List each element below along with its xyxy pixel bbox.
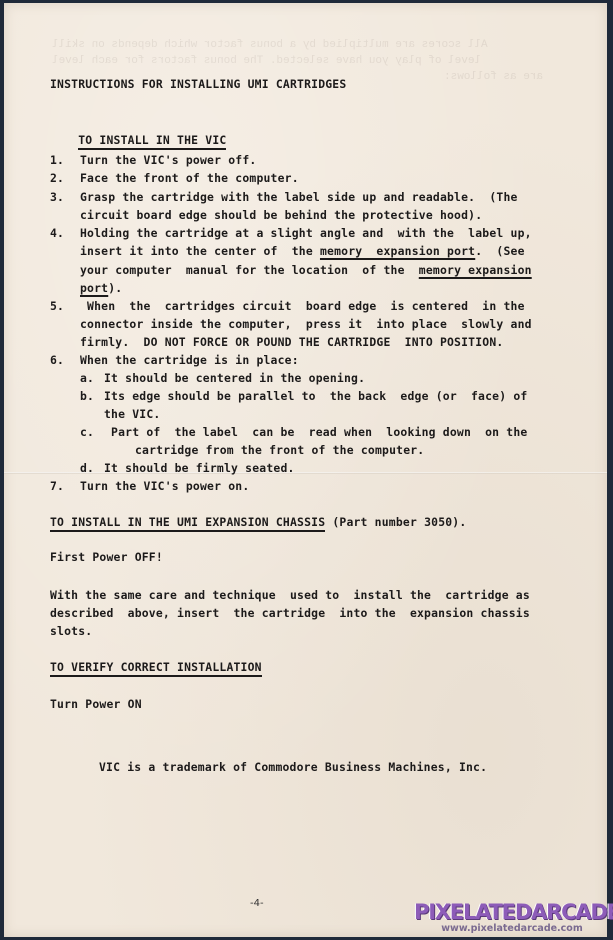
step-4: 4.Holding the cartridge at a slight angl…	[50, 224, 532, 242]
step-number: 6.	[50, 351, 80, 369]
substep-text: It should be centered in the opening.	[104, 371, 365, 385]
step-number: 7.	[50, 477, 80, 495]
text-fragment: . (See	[475, 244, 524, 258]
part-number-text: (Part number 3050).	[325, 515, 466, 529]
document-page: All scores are multiplied by a bonus fac…	[4, 3, 607, 937]
step-number: 1.	[50, 151, 80, 169]
step-text: Turn the VIC's power on.	[80, 479, 249, 493]
memory-expansion-port-term: memory expansion port	[320, 244, 475, 258]
step-text-continued: connector inside the computer, press it …	[80, 315, 532, 333]
step-number: 5.	[50, 297, 80, 315]
step-7: 7.Turn the VIC's power on.	[50, 477, 249, 495]
step-text: Face the front of the computer.	[80, 171, 299, 185]
trademark-notice: VIC is a trademark of Commodore Business…	[99, 758, 487, 776]
substep-text: Its edge should be parallel to the back …	[104, 389, 527, 403]
substep-b: b.Its edge should be parallel to the bac…	[80, 387, 527, 405]
bleed-through-line: are as follows:	[444, 71, 543, 83]
step-2: 2.Face the front of the computer.	[50, 169, 299, 187]
paragraph-line: With the same care and technique used to…	[50, 586, 530, 604]
text-fragment: your computer manual for the location of…	[80, 263, 419, 277]
step-5: 5. When the cartridges circuit board edg…	[50, 297, 525, 315]
step-number: 3.	[50, 188, 80, 206]
paragraph-line: slots.	[50, 622, 92, 640]
substep-text: Part of the label can be read when looki…	[104, 425, 527, 439]
page-number: -4-	[250, 898, 264, 909]
document-title: INSTRUCTIONS FOR INSTALLING UMI CARTRIDG…	[50, 75, 346, 93]
substep-a: a.It should be centered in the opening.	[80, 369, 365, 387]
substep-text: It should be firmly seated.	[104, 461, 295, 475]
step-number: 4.	[50, 224, 80, 242]
section-heading-text: TO INSTALL IN THE VIC	[78, 133, 226, 150]
section-heading-verify: TO VERIFY CORRECT INSTALLATION	[50, 658, 262, 676]
substep-text-continued: the VIC.	[104, 405, 160, 423]
paragraph-line: described above, insert the cartridge in…	[50, 604, 530, 622]
step-3: 3.Grasp the cartridge with the label sid…	[50, 188, 518, 206]
step-text-continued: insert it into the center of the memory …	[80, 242, 525, 260]
text-fragment: ).	[108, 281, 122, 295]
step-warning-text: firmly. DO NOT FORCE OR POUND THE CARTRI…	[80, 333, 503, 351]
section-heading-text: TO INSTALL IN THE UMI EXPANSION CHASSIS	[50, 515, 325, 532]
step-text: When the cartridge is in place:	[80, 353, 299, 367]
step-text-continued: your computer manual for the location of…	[80, 261, 532, 279]
step-text-continued: port).	[80, 279, 122, 297]
step-text: Turn the VIC's power off.	[80, 153, 256, 167]
memory-expansion-port-term: memory expansion	[419, 263, 532, 277]
power-off-warning: First Power OFF!	[50, 548, 163, 566]
text-fragment: insert it into the center of the	[80, 244, 320, 258]
substep-letter: d.	[80, 459, 104, 477]
step-6: 6.When the cartridge is in place:	[50, 351, 299, 369]
section-heading-expansion-chassis: TO INSTALL IN THE UMI EXPANSION CHASSIS …	[50, 513, 466, 531]
step-text: When the cartridges circuit board edge i…	[80, 299, 525, 313]
step-text: Grasp the cartridge with the label side …	[80, 190, 518, 204]
substep-letter: a.	[80, 369, 104, 387]
substep-d: d.It should be firmly seated.	[80, 459, 295, 477]
step-text: Holding the cartridge at a slight angle …	[80, 226, 532, 240]
power-on-instruction: Turn Power ON	[50, 695, 142, 713]
watermark: PIXELATEDARCADE www.pixelatedarcade.com	[414, 901, 610, 934]
bleed-through-line: All scores are multiplied by a bonus fac…	[52, 39, 488, 51]
watermark-logo: PIXELATEDARCADE	[414, 901, 610, 923]
memory-expansion-port-term: port	[80, 281, 108, 295]
substep-letter: c.	[80, 423, 104, 441]
section-heading-text: TO VERIFY CORRECT INSTALLATION	[50, 660, 262, 677]
step-number: 2.	[50, 169, 80, 187]
substep-text-continued: cartridge from the front of the computer…	[135, 441, 424, 459]
step-1: 1.Turn the VIC's power off.	[50, 151, 256, 169]
step-text-continued: circuit board edge should be behind the …	[80, 206, 482, 224]
bleed-through-line: level of play you have selected. The bon…	[52, 55, 481, 67]
substep-letter: b.	[80, 387, 104, 405]
substep-c: c. Part of the label can be read when lo…	[80, 423, 527, 441]
watermark-url: www.pixelatedarcade.com	[414, 923, 610, 934]
